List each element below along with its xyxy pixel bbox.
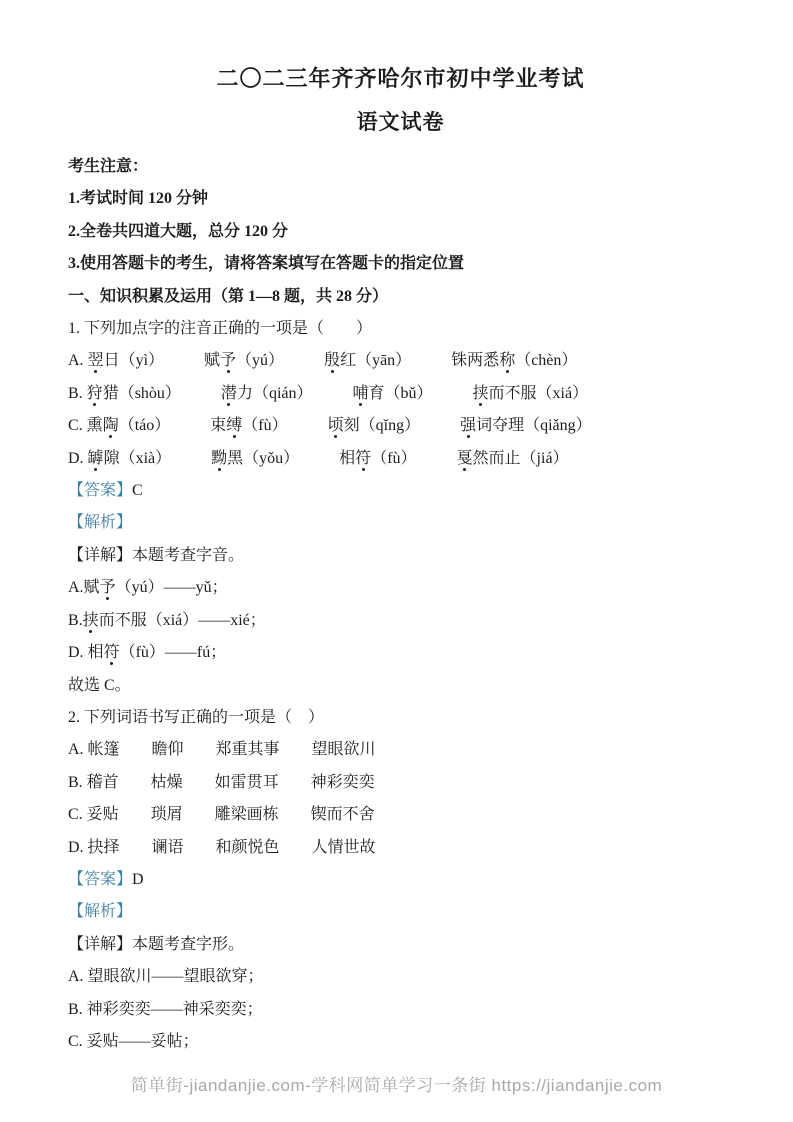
emphasis-dot-char: 潜 — [221, 385, 237, 402]
q1-answer-value: C — [132, 482, 143, 499]
notice-item-2: 2.全卷共四道大题，总分 120 分 — [68, 216, 733, 248]
footer-watermark: 简单街-jiandanjie.com-学科网简单学习一条街 https://ji… — [0, 1071, 793, 1096]
q2-analysis-line: 【解析】 — [68, 896, 733, 928]
q1-option-b: B. 狩猎（shòu） 潜力（qián） 哺育（bǔ） 挟而不服（xiá） — [68, 378, 733, 410]
notice-heading: 考生注意： — [68, 151, 733, 183]
emphasis-dot-char: 挟 — [83, 612, 99, 629]
q2-answer-line: 【答案】D — [68, 864, 733, 896]
emphasis-dot-char: 予 — [220, 352, 236, 369]
notice-item-3: 3.使用答题卡的考生，请将答案填写在答题卡的指定位置 — [68, 248, 733, 280]
q1-option-c: C. 熏陶（táo） 束缚（fù） 顷刻（qǐng） 强词夺理（qiǎng） — [68, 410, 733, 442]
exam-document: 二〇二三年齐齐哈尔市初中学业考试 语文试卷 考生注意： 1.考试时间 120 分… — [0, 0, 793, 1058]
exam-paper-page: { "header": { "title": "二〇二三年齐齐哈尔市初中学业考试… — [0, 0, 793, 1122]
q1-detail-d: D. 相符（fù）——fú； — [68, 637, 733, 669]
q2-option-a: A. 帐篷 瞻仰 郑重其事 望眼欲川 — [68, 734, 733, 766]
q1-detail-b: B.挟而不服（xiá）——xié； — [68, 605, 733, 637]
emphasis-dot-char: 称 — [499, 352, 515, 369]
q2-stem: 2. 下列词语书写正确的一项是（ ） — [68, 702, 733, 734]
notice-item-1: 1.考试时间 120 分钟 — [68, 183, 733, 215]
emphasis-dot-char: 翌 — [88, 352, 104, 369]
emphasis-dot-char: 顷 — [328, 417, 344, 434]
page-subtitle: 语文试卷 — [68, 107, 733, 137]
page-title: 二〇二三年齐齐哈尔市初中学业考试 — [68, 64, 733, 94]
q2-option-b: B. 稽首 枯燥 如雷贯耳 神彩奕奕 — [68, 767, 733, 799]
emphasis-dot-char: 狩 — [87, 385, 103, 402]
q1-analysis-line: 【解析】 — [68, 507, 733, 539]
emphasis-dot-char: 戛 — [457, 450, 473, 467]
q2-detail-b: B. 神彩奕奕——神采奕奕； — [68, 994, 733, 1026]
analysis-label: 【解析】 — [68, 903, 132, 920]
q1-stem: 1. 下列加点字的注音正确的一项是（ ） — [68, 313, 733, 345]
q1-answer-line: 【答案】C — [68, 475, 733, 507]
q1-conclusion: 故选 C。 — [68, 670, 733, 702]
emphasis-dot-char: 哺 — [353, 385, 369, 402]
answer-label: 【答案】 — [68, 871, 132, 888]
q2-detail-c: C. 妥贴——妥帖； — [68, 1026, 733, 1058]
emphasis-dot-char: 罅 — [88, 450, 104, 467]
q2-answer-value: D — [132, 871, 144, 888]
analysis-label: 【解析】 — [68, 514, 132, 531]
emphasis-dot-char: 黝 — [211, 450, 227, 467]
answer-label: 【答案】 — [68, 482, 132, 499]
q2-option-c: C. 妥贴 琐屑 雕梁画栋 锲而不舍 — [68, 799, 733, 831]
q1-detail-heading: 【详解】本题考查字音。 — [68, 540, 733, 572]
q2-option-d: D. 抉择 谰语 和颜悦色 人情世故 — [68, 832, 733, 864]
q2-detail-a: A. 望眼欲川——望眼欲穿； — [68, 961, 733, 993]
q1-detail-a: A.赋予（yú）——yǔ； — [68, 572, 733, 604]
emphasis-dot-char: 符 — [355, 450, 371, 467]
q2-detail-heading: 【详解】本题考查字形。 — [68, 929, 733, 961]
emphasis-dot-char: 强 — [460, 417, 476, 434]
q1-option-a: A. 翌日（yì） 赋予（yú） 殷红（yān） 铢两悉称（chèn） — [68, 345, 733, 377]
emphasis-dot-char: 予 — [100, 579, 116, 596]
emphasis-dot-char: 殷 — [324, 352, 340, 369]
emphasis-dot-char: 符 — [104, 644, 120, 661]
q1-option-d: D. 罅隙（xià） 黝黑（yǒu） 相符（fù） 戛然而止（jiá） — [68, 443, 733, 475]
emphasis-dot-char: 陶 — [103, 417, 119, 434]
emphasis-dot-char: 挟 — [473, 385, 489, 402]
section-heading: 一、知识积累及运用（第 1—8 题，共 28 分） — [68, 281, 733, 313]
emphasis-dot-char: 缚 — [226, 417, 242, 434]
